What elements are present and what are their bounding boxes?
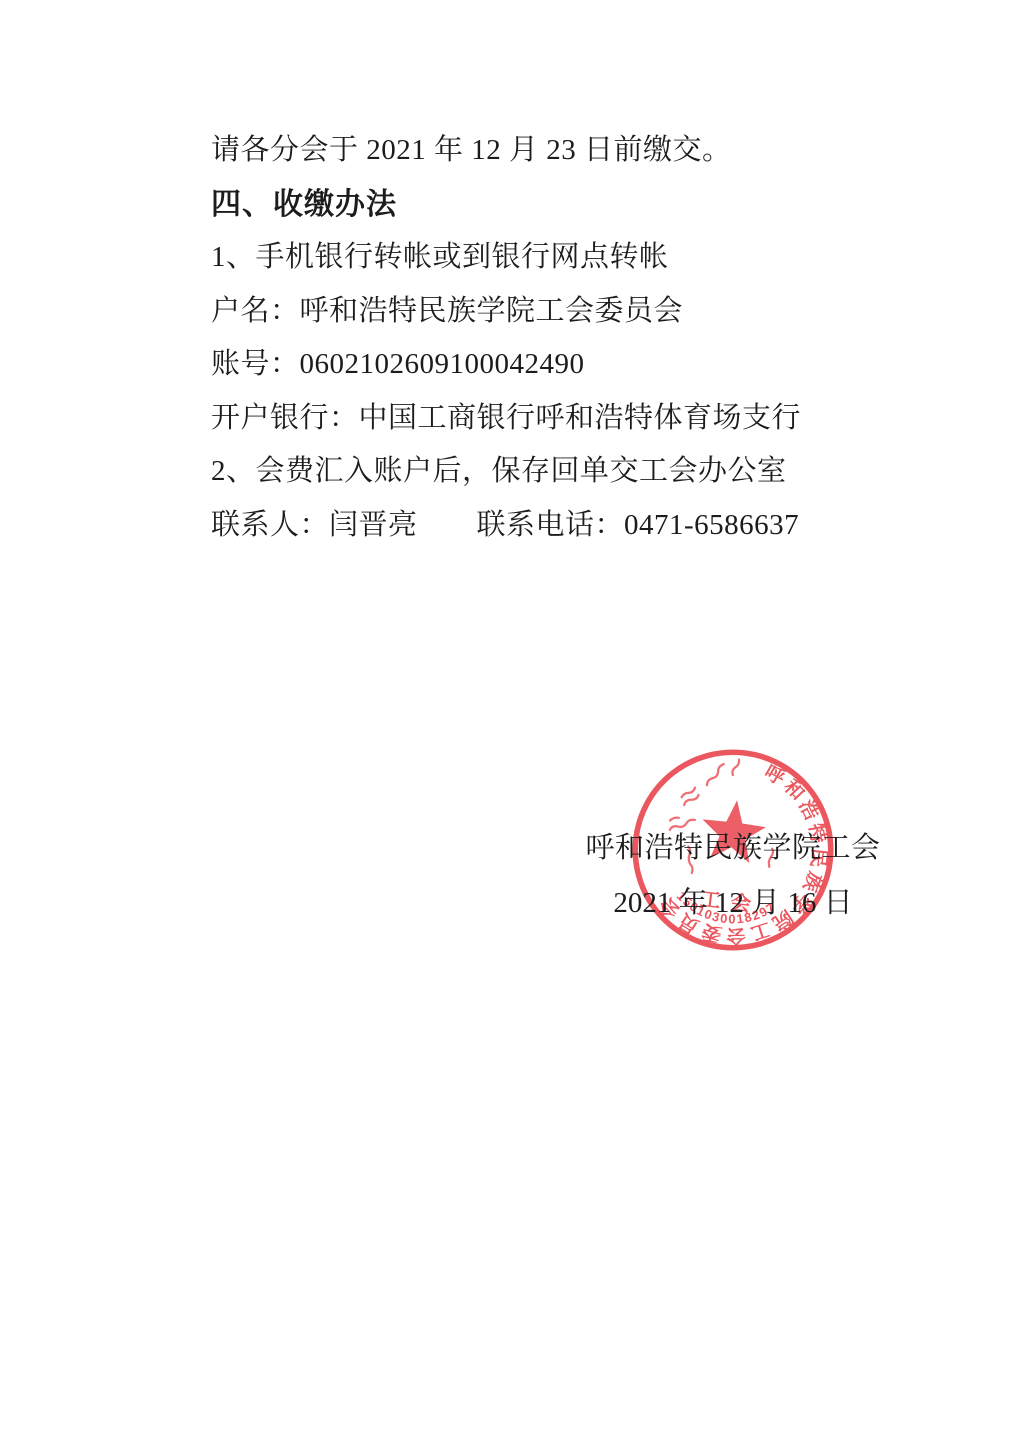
item-transfer-method: 1、手机银行转帐或到银行网点转帐: [211, 231, 871, 285]
paragraph-deadline: 请各分会于 2021 年 12 月 23 日前缴交。: [211, 124, 871, 178]
item-receipt: 2、会费汇入账户后，保存回单交工会办公室: [211, 445, 871, 499]
bank-name-line: 开户银行：中国工商银行呼和浩特体育场支行: [211, 392, 871, 446]
document-page: 请各分会于 2021 年 12 月 23 日前缴交。 四、收缴办法 1、手机银行…: [0, 0, 1024, 1448]
signature-block: 呼和浩特民族学院工会 2021 年 12 月 16 日: [557, 827, 909, 924]
contact-info-line: 联系人：闫晋亮 联系电话：0471-6586637: [211, 499, 871, 553]
signature-organization: 呼和浩特民族学院工会: [557, 827, 909, 869]
account-number-line: 账号：0602102609100042490: [211, 338, 871, 392]
signature-date: 2021 年 12 月 16 日: [557, 882, 909, 924]
section-heading: 四、收缴办法: [211, 178, 871, 232]
body-text-block: 请各分会于 2021 年 12 月 23 日前缴交。 四、收缴办法 1、手机银行…: [211, 124, 871, 552]
account-name-line: 户名：呼和浩特民族学院工会委员会: [211, 285, 871, 339]
